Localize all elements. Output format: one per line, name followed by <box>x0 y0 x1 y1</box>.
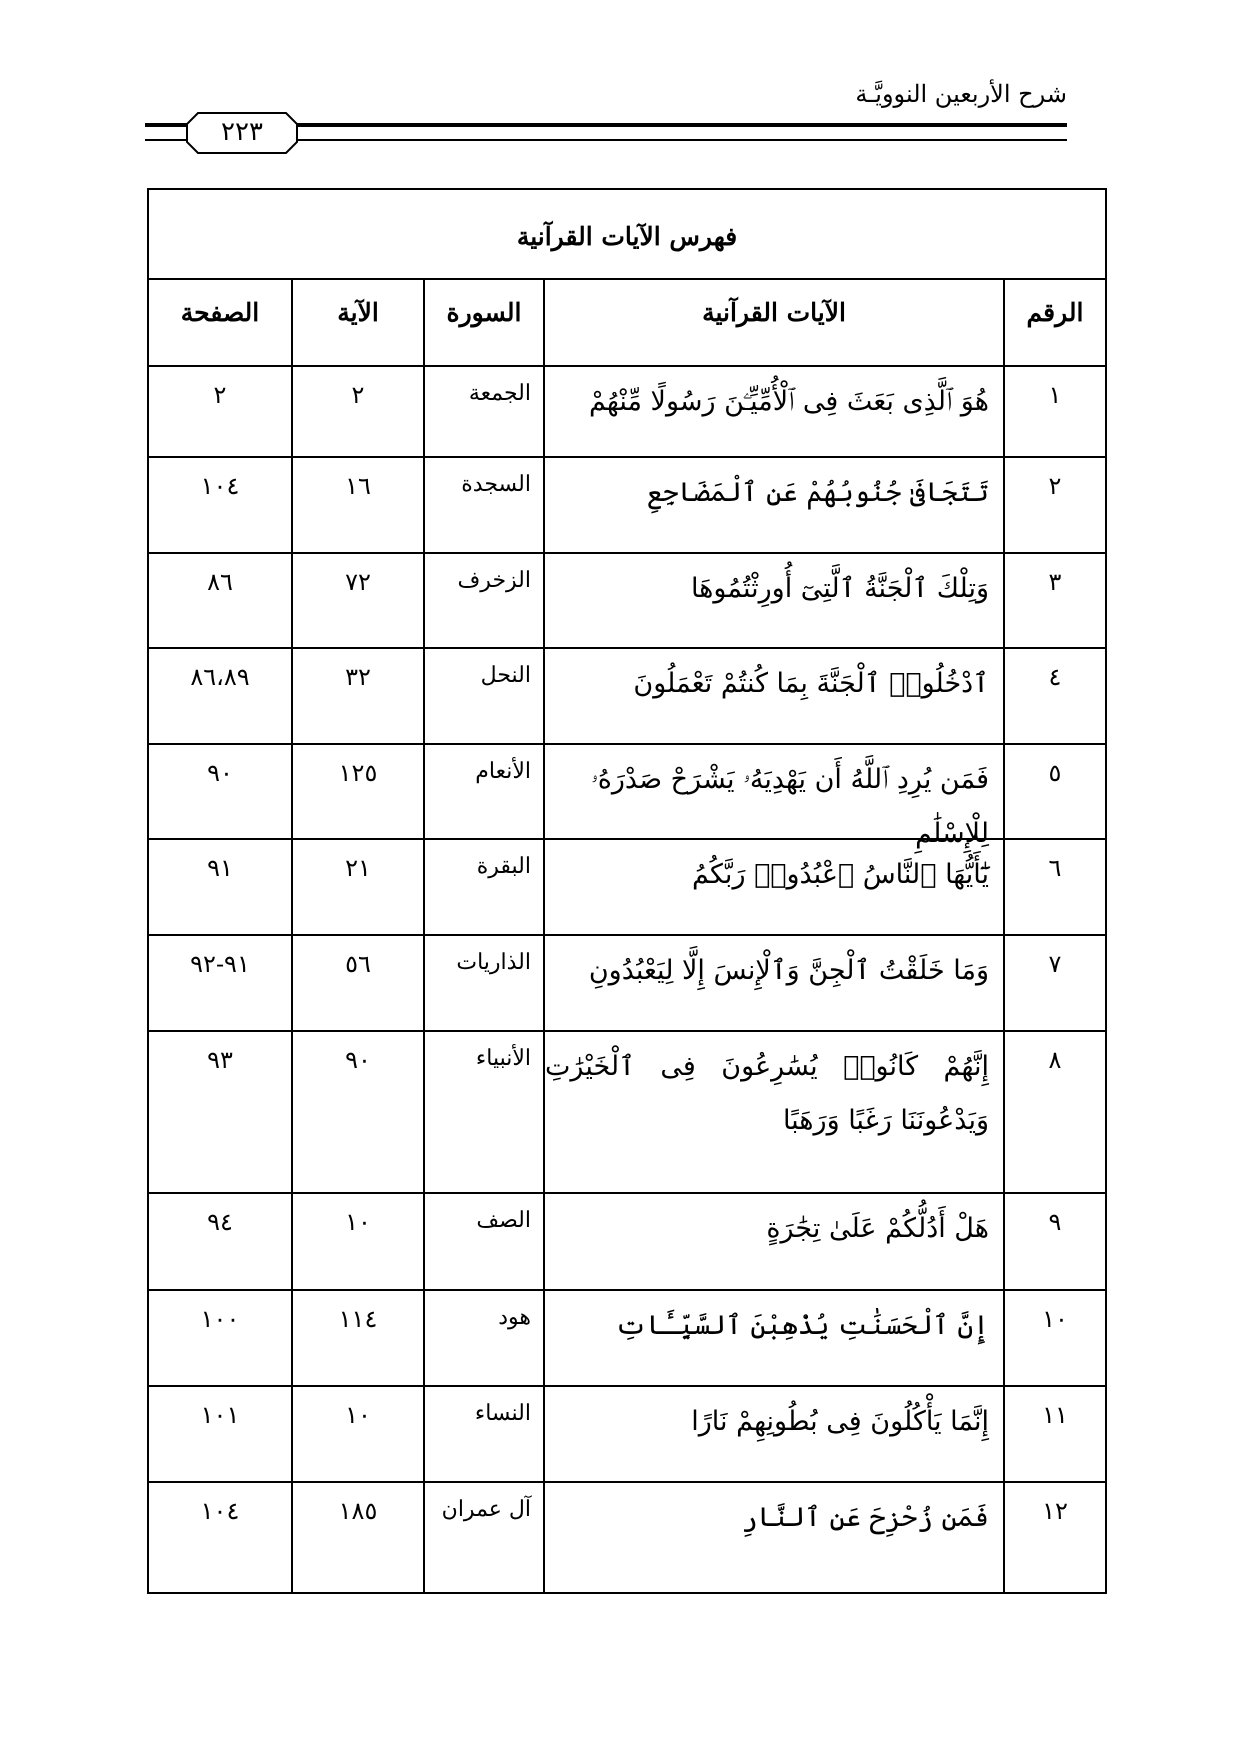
table-row: ٣ وَتِلْكَ ٱلْجَنَّةُ ٱلَّتِىٓ أُورِثْتُ… <box>149 554 1105 649</box>
page-reference: ١٠١ <box>149 1387 291 1481</box>
verse-text: إِنَّمَا يَأْكُلُونَ فِى بُطُونِهِمْ نَا… <box>543 1387 1003 1481</box>
surah-name: الذاريات <box>423 936 543 1030</box>
table-row: ٤ ٱدْخُلُوا۟ ٱلْجَنَّةَ بِمَا كُنتُمْ تَ… <box>149 649 1105 745</box>
verse-text: هُوَ ٱلَّذِى بَعَثَ فِى ٱلْأُمِّيِّـۧنَ … <box>543 367 1003 456</box>
column-header-verse: الآيات القرآنية <box>543 280 1003 365</box>
page-reference: ١٠٠ <box>149 1291 291 1385</box>
surah-name: آل عمران <box>423 1483 543 1592</box>
ayah-number: ٩٠ <box>291 1032 423 1192</box>
row-number: ١١ <box>1003 1387 1105 1481</box>
ayah-number: ١٢٥ <box>291 745 423 838</box>
surah-name: النحل <box>423 649 543 743</box>
page-reference: ١٠٤ <box>149 1483 291 1592</box>
page-reference: ٨٦،٨٩ <box>149 649 291 743</box>
surah-name: هود <box>423 1291 543 1385</box>
table-row: ١٠ إِنَّ ٱلْحَسَنَٰتِ يُذْهِبْنَ ٱلسَّيِ… <box>149 1291 1105 1387</box>
column-header-surah: السورة <box>423 280 543 365</box>
verse-text: فَمَن زُحْزِحَ عَنِ ٱلنَّارِ <box>543 1483 1003 1592</box>
row-number: ١٢ <box>1003 1483 1105 1592</box>
verse-text: ٱدْخُلُوا۟ ٱلْجَنَّةَ بِمَا كُنتُمْ تَعْ… <box>543 649 1003 743</box>
surah-name: الأنعام <box>423 745 543 838</box>
running-title: شرح الأربعين النوويَّـة <box>855 80 1067 108</box>
table-row: ٨ إِنَّهُمْ كَانُوا۟ يُسَٰرِعُونَ فِى ٱل… <box>149 1032 1105 1194</box>
verse-text: هَلْ أَدُلُّكُمْ عَلَىٰ تِجَٰرَةٍ <box>543 1194 1003 1289</box>
row-number: ٩ <box>1003 1194 1105 1289</box>
page-number-badge: ٢٢٣ <box>186 112 298 154</box>
ayah-number: ١٨٥ <box>291 1483 423 1592</box>
table-row: ١ هُوَ ٱلَّذِى بَعَثَ فِى ٱلْأُمِّيِّـۧن… <box>149 367 1105 458</box>
page-reference: ٩٠ <box>149 745 291 838</box>
verse-text: فَمَن يُرِدِ ٱللَّهُ أَن يَهْدِيَهُۥ يَش… <box>543 745 1003 838</box>
page-reference: ١٠٤ <box>149 458 291 552</box>
row-number: ١٠ <box>1003 1291 1105 1385</box>
row-number: ٥ <box>1003 745 1105 838</box>
page-number: ٢٢٣ <box>186 112 298 154</box>
table-row: ٢ تَتَجَافَىٰ جُنُوبُهُمْ عَنِ ٱلْمَضَاج… <box>149 458 1105 554</box>
quran-verses-index-table: فهرس الآيات القرآنية الرقم الآيات القرآن… <box>147 188 1107 1594</box>
verse-text: يَٰٓأَيُّهَا ٱلنَّاسُ ٱعْبُدُوا۟ رَبَّكُ… <box>543 840 1003 934</box>
page-reference: ٩١ <box>149 840 291 934</box>
page-reference: ٢ <box>149 367 291 456</box>
surah-name: الجمعة <box>423 367 543 456</box>
ayah-number: ١٠ <box>291 1387 423 1481</box>
ayah-number: ٢ <box>291 367 423 456</box>
page-reference: ٩٣ <box>149 1032 291 1192</box>
verse-text: إِنَّهُمْ كَانُوا۟ يُسَٰرِعُونَ فِى ٱلْخ… <box>543 1032 1003 1192</box>
column-header-number: الرقم <box>1003 280 1105 365</box>
page-reference: ٩١-٩٢ <box>149 936 291 1030</box>
row-number: ٧ <box>1003 936 1105 1030</box>
table-row: ٦ يَٰٓأَيُّهَا ٱلنَّاسُ ٱعْبُدُوا۟ رَبَّ… <box>149 840 1105 936</box>
page-reference: ٩٤ <box>149 1194 291 1289</box>
ayah-number: ٧٢ <box>291 554 423 647</box>
table-row: ٧ وَمَا خَلَقْتُ ٱلْجِنَّ وَٱلْإِنسَ إِل… <box>149 936 1105 1032</box>
surah-name: الأنبياء <box>423 1032 543 1192</box>
row-number: ٤ <box>1003 649 1105 743</box>
row-number: ١ <box>1003 367 1105 456</box>
table-row: ١١ إِنَّمَا يَأْكُلُونَ فِى بُطُونِهِمْ … <box>149 1387 1105 1483</box>
row-number: ٣ <box>1003 554 1105 647</box>
column-header-ayah: الآية <box>291 280 423 365</box>
ayah-number: ١٦ <box>291 458 423 552</box>
surah-name: النساء <box>423 1387 543 1481</box>
surah-name: السجدة <box>423 458 543 552</box>
ayah-number: ١٠ <box>291 1194 423 1289</box>
row-number: ٢ <box>1003 458 1105 552</box>
ayah-number: ٣٢ <box>291 649 423 743</box>
ayah-number: ٥٦ <box>291 936 423 1030</box>
verse-text: وَتِلْكَ ٱلْجَنَّةُ ٱلَّتِىٓ أُورِثْتُمُ… <box>543 554 1003 647</box>
row-number: ٨ <box>1003 1032 1105 1192</box>
table-row: ١٢ فَمَن زُحْزِحَ عَنِ ٱلنَّارِ آل عمران… <box>149 1483 1105 1592</box>
verse-text: تَتَجَافَىٰ جُنُوبُهُمْ عَنِ ٱلْمَضَاجِع… <box>543 458 1003 552</box>
verse-text: وَمَا خَلَقْتُ ٱلْجِنَّ وَٱلْإِنسَ إِلَّ… <box>543 936 1003 1030</box>
table-header-row: الرقم الآيات القرآنية السورة الآية الصفح… <box>149 280 1105 367</box>
column-header-page: الصفحة <box>149 280 291 365</box>
ayah-number: ٢١ <box>291 840 423 934</box>
row-number: ٦ <box>1003 840 1105 934</box>
surah-name: البقرة <box>423 840 543 934</box>
table-title: فهرس الآيات القرآنية <box>149 190 1105 280</box>
page-reference: ٨٦ <box>149 554 291 647</box>
surah-name: الزخرف <box>423 554 543 647</box>
ayah-number: ١١٤ <box>291 1291 423 1385</box>
table-row: ٥ فَمَن يُرِدِ ٱللَّهُ أَن يَهْدِيَهُۥ ي… <box>149 745 1105 840</box>
table-row: ٩ هَلْ أَدُلُّكُمْ عَلَىٰ تِجَٰرَةٍ الصف… <box>149 1194 1105 1291</box>
verse-text: إِنَّ ٱلْحَسَنَٰتِ يُذْهِبْنَ ٱلسَّيِّـَ… <box>543 1291 1003 1385</box>
surah-name: الصف <box>423 1194 543 1289</box>
